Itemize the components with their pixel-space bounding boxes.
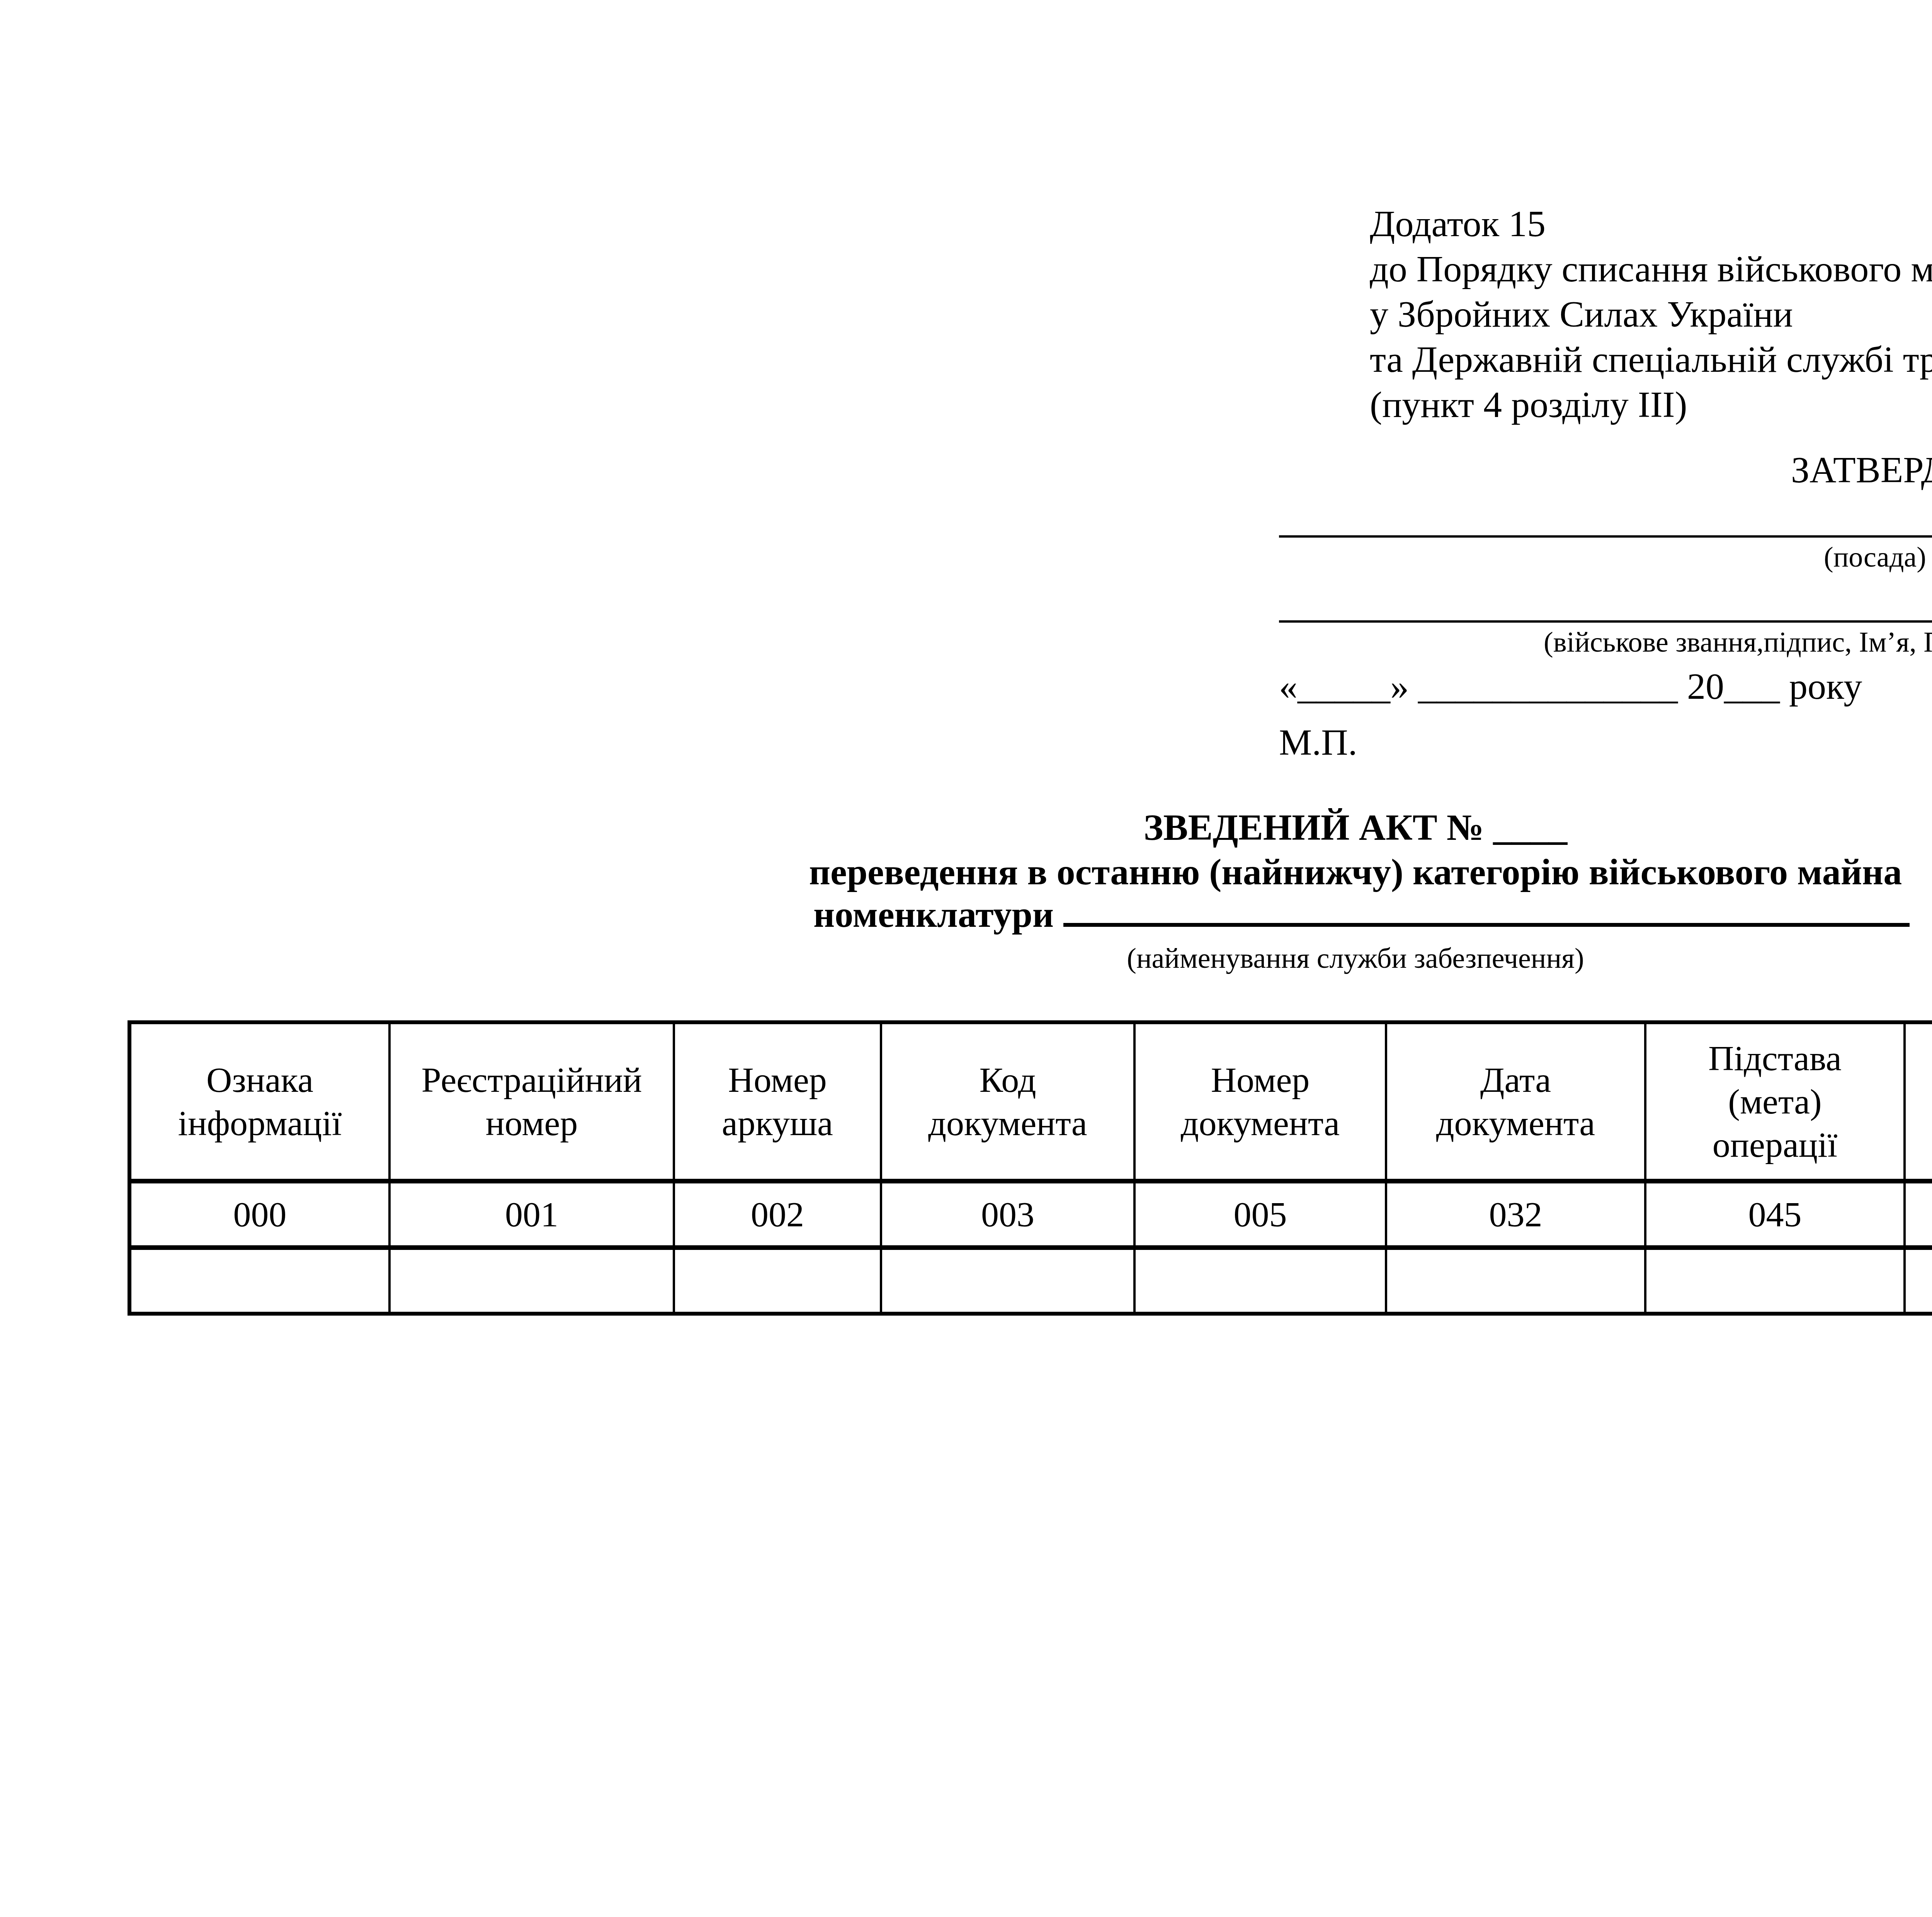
entry-cell[interactable]	[1134, 1248, 1386, 1314]
column-header: Підстава(мета)операції	[1645, 1022, 1905, 1181]
nomenclature-field[interactable]	[1063, 900, 1910, 927]
nomenclature-label: номенклатури	[813, 894, 1054, 935]
column-header: Номераркуша	[674, 1022, 881, 1181]
nomenclature-row: номенклатури	[813, 893, 1910, 936]
act-subtitle: переведення в останню (найнижчу) категор…	[0, 850, 1932, 893]
column-header: Реєстраційнийномер	[389, 1022, 674, 1181]
column-header-text: Реєстраційний	[391, 1058, 673, 1102]
entry-cell[interactable]	[1905, 1248, 1932, 1314]
column-header-text: документа	[882, 1102, 1133, 1145]
table-row	[129, 1248, 1932, 1314]
column-header-text: Код	[882, 1058, 1133, 1102]
column-header: Кодоперації	[1905, 1022, 1932, 1181]
entry-cell[interactable]	[389, 1248, 674, 1314]
code-cell: 001	[389, 1181, 674, 1248]
column-header-text: аркуша	[675, 1102, 880, 1145]
column-header: Ознакаінформації	[129, 1022, 389, 1181]
column-header: Датадокумента	[1386, 1022, 1645, 1181]
code-cell: 004	[1905, 1181, 1932, 1248]
stamp-label: М.П.	[1279, 721, 1357, 764]
column-header-text: документа	[1136, 1102, 1385, 1145]
code-cell: 002	[674, 1181, 881, 1248]
appendix-line: до Порядку списання військового майна	[1370, 246, 1932, 291]
column-header-text: (мета)	[1646, 1080, 1903, 1123]
position-caption: (посада)	[1824, 541, 1926, 574]
approval-heading: ЗАТВЕРДЖУЮ	[1791, 448, 1932, 491]
table-header-row: ОзнакаінформаціїРеєстраційнийномерНомера…	[129, 1022, 1932, 1181]
table-codes-row: 000001002003005032045004034046	[129, 1181, 1932, 1248]
code-cell: 000	[129, 1181, 389, 1248]
column-header-text: операції	[1646, 1123, 1903, 1166]
entry-cell[interactable]	[674, 1248, 881, 1314]
column-header-text: інформації	[131, 1102, 388, 1145]
column-header-text: Ознака	[131, 1058, 388, 1102]
act-title: ЗВЕДЕНИЙ АКТ № ____	[0, 806, 1932, 849]
entry-cell[interactable]	[881, 1248, 1134, 1314]
signature-caption: (військове звання,підпис, Ім’я, ПРІЗВИЩЕ…	[1544, 626, 1932, 659]
column-header-text: Номер	[1136, 1058, 1385, 1102]
entry-cell[interactable]	[1386, 1248, 1645, 1314]
act-table: ОзнакаінформаціїРеєстраційнийномерНомера…	[128, 1020, 1932, 1316]
code-cell: 005	[1134, 1181, 1386, 1248]
column-header: Номердокумента	[1134, 1022, 1386, 1181]
appendix-line: у Збройних Силах України	[1370, 291, 1932, 337]
column-header-text: операції	[1906, 1102, 1932, 1145]
column-header-text: Код	[1906, 1058, 1932, 1102]
nomenclature-caption: (найменування служби забезпечення)	[0, 942, 1932, 975]
code-cell: 032	[1386, 1181, 1645, 1248]
column-header-text: номер	[391, 1102, 673, 1145]
column-header-text: документа	[1387, 1102, 1644, 1145]
column-header-text: Номер	[675, 1058, 880, 1102]
entry-cell[interactable]	[129, 1248, 389, 1314]
appendix-line: (пункт 4 розділу ІІІ)	[1370, 382, 1932, 427]
position-field-line[interactable]	[1279, 535, 1932, 538]
appendix-block: Додаток 15 до Порядку списання військово…	[1370, 201, 1932, 427]
column-header: Коддокумента	[881, 1022, 1134, 1181]
signature-field-line[interactable]	[1279, 620, 1932, 623]
column-header-text: Дата	[1387, 1058, 1644, 1102]
appendix-line: та Державній спеціальній службі транспор…	[1370, 337, 1932, 382]
appendix-line: Додаток 15	[1370, 201, 1932, 246]
code-cell: 003	[881, 1181, 1134, 1248]
column-header-text: Підстава	[1646, 1037, 1903, 1080]
entry-cell[interactable]	[1645, 1248, 1905, 1314]
code-cell: 045	[1645, 1181, 1905, 1248]
approval-date-field[interactable]: «_____» ______________ 20___ року	[1279, 665, 1862, 708]
